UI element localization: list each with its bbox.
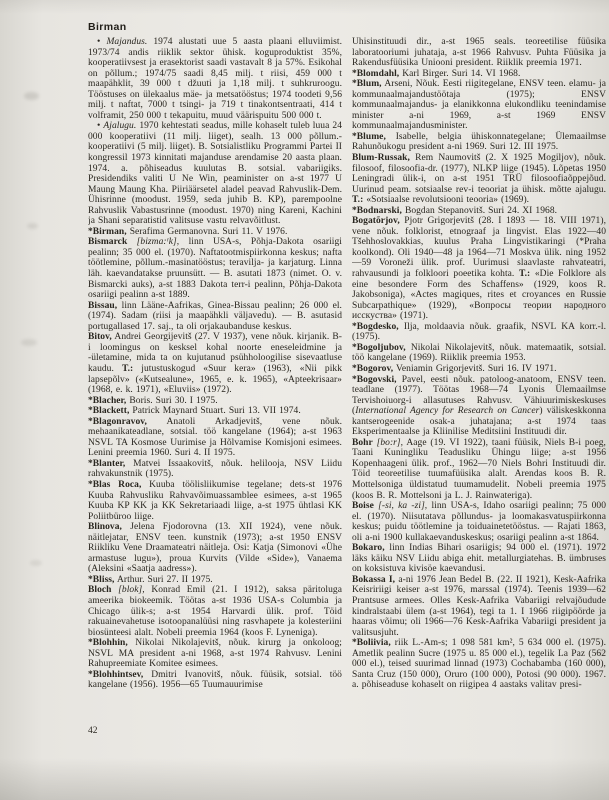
- text-run: Arseni, Nõuk. Eesti riigitegelane, ENSV …: [352, 79, 606, 131]
- headword: *Blohhintsev,: [88, 670, 143, 680]
- italic-run: International Agency for Research on Can…: [355, 406, 539, 416]
- headword: *Blagonravov,: [88, 417, 147, 427]
- entry-paragraph: *Blackett, Patrick Maynard Stuart. Suri …: [88, 406, 342, 417]
- headword: *Blackett,: [88, 406, 129, 416]
- right-column: Ühisinstituudi dir., a-st 1965 seals. te…: [352, 37, 606, 739]
- entry-paragraph: *Blohhintsev, Dmitri Ivanovitš, nõuk. fü…: [88, 670, 342, 691]
- text-run: Veniamin Grigorjevitš. Suri 16. IV 1971.: [393, 364, 556, 374]
- entry-paragraph: Bogatõrjov, Pjotr Grigorjevitš (28. I 18…: [352, 216, 606, 321]
- text-run: Patrick Maynard Stuart. Suri 13. VII 197…: [129, 406, 300, 416]
- headword: *Blacher,: [88, 396, 126, 406]
- headword: Blinova,: [88, 522, 122, 532]
- headword: Bohr: [352, 438, 373, 448]
- entry-paragraph: *Bogovski, Pavel, eesti nõuk. patoloog-a…: [352, 375, 606, 438]
- entry-paragraph: Bitov, Andrei Georgijevitš (27. V 1937),…: [88, 332, 342, 395]
- left-column: • Majandus. 1974 alustati uue 5 aasta pl…: [88, 37, 342, 739]
- running-head: Birman: [88, 21, 127, 33]
- headword: Blum-Russak,: [352, 153, 410, 163]
- text-run: linn Lääne-Aafrikas, Ginea-Bissau pealin…: [88, 301, 342, 332]
- text-run: Karl Birger. Suri 14. VI 1968.: [399, 69, 520, 79]
- headword: *Blohhin,: [88, 638, 128, 648]
- entry-paragraph: *Blanter, Matvei Issaakovitš, nõuk. heli…: [88, 459, 342, 480]
- text-run: a-ni 1976 Jean Bedel B. (22. II 1921), K…: [352, 575, 606, 638]
- headword: *Blomdahl,: [352, 69, 399, 79]
- headword: *Bodnarski,: [352, 206, 402, 216]
- text-run: Boris. Suri 30. I 1975.: [126, 396, 217, 406]
- entry-paragraph: *Bogorov, Veniamin Grigorjevitš. Suri 16…: [352, 364, 606, 375]
- text-run: Bogdan Stepanovitš. Suri 24. XI 1968.: [402, 206, 557, 216]
- italic-run: Majandus.: [106, 37, 147, 47]
- headword: Bokaro,: [352, 543, 385, 553]
- text-run: 1974 alustati uue 5 aasta plaani elluvii…: [88, 37, 342, 121]
- headword: *Blum,: [352, 79, 382, 89]
- text-run: linn Indias Bihari osariigis; 94 000 el.…: [352, 543, 606, 574]
- entry-paragraph: Bokassa I, a-ni 1976 Jean Bedel B. (22. …: [352, 575, 606, 638]
- headword: *Bogorov,: [352, 364, 393, 374]
- entry-paragraph: Bissau, linn Lääne-Aafrikas, Ginea-Bissa…: [88, 301, 342, 333]
- headword: Boise: [352, 501, 374, 511]
- scan-artifact: [27, 223, 38, 229]
- italic-run: [bizma:ʳk],: [137, 237, 180, 247]
- headword: Bismarck: [88, 237, 127, 247]
- headword: Bloch: [88, 585, 111, 595]
- scan-artifact: [24, 92, 39, 100]
- entry-paragraph: Blum-Russak, Rem Naumovitš (2. X 1925 Mo…: [352, 153, 606, 206]
- headword: *Bogovski,: [352, 375, 397, 385]
- section-paragraph: • Majandus. 1974 alustati uue 5 aasta pl…: [88, 37, 342, 121]
- italic-run: Ajalugu.: [103, 121, 136, 131]
- entry-paragraph: *Birman, Serafima Germanovna. Suri 11. V…: [88, 227, 342, 238]
- headword: *Bogoljubov,: [352, 343, 406, 353]
- text-run: riik L.-Am-s; 1 098 581 km², 5 634 000 e…: [352, 638, 606, 690]
- entry-paragraph: *Blume, Isabelle, belgia ühiskonnategela…: [352, 132, 606, 153]
- headword: *Bogdesko,: [352, 322, 399, 332]
- entry-paragraph: Ühisinstituudi dir., a-st 1965 seals. te…: [352, 37, 606, 69]
- entry-paragraph: *Blacher, Boris. Suri 30. I 1975.: [88, 396, 342, 407]
- text-run: Jelena Fjodorovna (13. XII 1924), vene n…: [88, 522, 342, 574]
- entry-paragraph: *Bogdesko, Ilja, moldaavia nõuk. graafik…: [352, 322, 606, 343]
- headword: Bogatõrjov,: [352, 216, 400, 226]
- page-number: 42: [88, 726, 98, 736]
- entry-paragraph: Bismarck [bizma:ʳk], linn USA-s, Põhja-D…: [88, 237, 342, 300]
- headword: *Boliivia,: [352, 638, 391, 648]
- italic-run: [blok],: [118, 585, 144, 595]
- italic-run: [bo:r],: [377, 438, 403, 448]
- text-run: Isabelle, belgia ühiskonnategelane; Ülem…: [352, 132, 606, 153]
- text-run: Serafima Germanovna. Suri 11. V 1976.: [127, 227, 288, 237]
- entry-paragraph: Blinova, Jelena Fjodorovna (13. XII 1924…: [88, 522, 342, 575]
- text-run: Aage (19. VI 1922), taani füüsik, Niels …: [352, 438, 606, 501]
- entry-paragraph: *Blum, Arseni, Nõuk. Eesti riigitegelane…: [352, 79, 606, 132]
- entry-paragraph: *Blas Roca, Kuuba töölisliikumise tegela…: [88, 480, 342, 522]
- text-run: [127, 237, 136, 247]
- headword: T.:: [352, 195, 363, 205]
- italic-run: [-si, ka -zi],: [378, 501, 427, 511]
- scan-artifact: [30, 560, 42, 566]
- text-run: Matvei Issaakovitš, nõuk. helilooja, NSV…: [88, 459, 342, 480]
- entry-paragraph: *Blomdahl, Karl Birger. Suri 14. VI 1968…: [352, 69, 606, 80]
- entry-paragraph: Bloch [blok], Konrad Emil (21. I 1912), …: [88, 585, 342, 638]
- headword: *Blas Roca,: [88, 480, 141, 490]
- entry-paragraph: *Blagonravov, Anatoli Arkadjevitš, vene …: [88, 417, 342, 459]
- entry-paragraph: *Bogoljubov, Nikolai Nikolajevitš, nõuk.…: [352, 343, 606, 364]
- headword: *Birman,: [88, 227, 127, 237]
- headword: Bitov,: [88, 332, 112, 342]
- scan-artifact: [21, 339, 37, 346]
- headword: T.:: [519, 269, 530, 279]
- text-columns: • Majandus. 1974 alustati uue 5 aasta pl…: [88, 37, 606, 739]
- headword: Bokassa I,: [352, 575, 395, 585]
- text-run: «Sotsiaalse revolutsiooni teooria» (1969…: [363, 195, 529, 205]
- headword: *Bliss,: [88, 575, 114, 585]
- text-run: Arthur. Suri 27. II 1975.: [114, 575, 212, 585]
- text-run: 1970 kehtestati seadus, mille kohaselt t…: [88, 121, 342, 226]
- headword: *Blanter,: [88, 459, 125, 469]
- headword: Bissau,: [88, 301, 117, 311]
- text-run: Ühisinstituudi dir., a-st 1965 seals. te…: [352, 37, 606, 68]
- section-paragraph: • Ajalugu. 1970 kehtestati seadus, mille…: [88, 121, 342, 226]
- entry-paragraph: *Bliss, Arthur. Suri 27. II 1975.: [88, 575, 342, 586]
- entry-paragraph: *Boliivia, riik L.-Am-s; 1 098 581 km², …: [352, 638, 606, 691]
- headword: T.:: [122, 364, 133, 374]
- entry-paragraph: Boise [-si, ka -zi], linn USA-s, Idaho o…: [352, 501, 606, 543]
- entry-paragraph: Bohr [bo:r], Aage (19. VI 1922), taani f…: [352, 438, 606, 501]
- entry-paragraph: Bokaro, linn Indias Bihari osariigis; 94…: [352, 543, 606, 575]
- headword: *Blume,: [352, 132, 386, 142]
- encyclopedia-page: Birman • Majandus. 1974 alustati uue 5 a…: [0, 0, 609, 800]
- entry-paragraph: *Blohhin, Nikolai Nikolajevitš, nõuk. ki…: [88, 638, 342, 670]
- entry-paragraph: *Bodnarski, Bogdan Stepanovitš. Suri 24.…: [352, 206, 606, 217]
